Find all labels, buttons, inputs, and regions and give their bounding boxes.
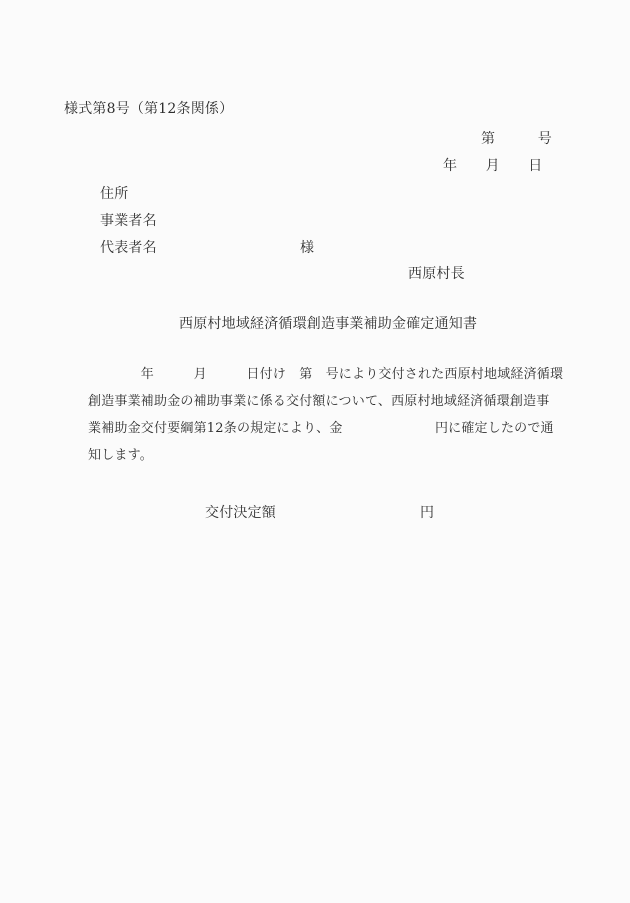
date-placeholder: 年 月 日	[443, 159, 542, 174]
document-page: 様式第8号（第12条関係） 第 号 年 月 日 住所 事業者名 代表者名 様 西…	[0, 0, 630, 903]
address-label: 住所	[100, 187, 128, 202]
document-title: 西原村地域経済循環創造事業補助金確定通知書	[179, 317, 477, 332]
form-number: 様式第8号（第12条関係）	[64, 102, 233, 117]
body-line: 創造事業補助金の補助事業に係る交付額について、西原村地域経済循環創造事	[88, 395, 549, 409]
body-line: 業補助金交付要綱第12条の規定により、金 円に確定したので通	[88, 422, 554, 436]
representative-name-label: 代表者名	[100, 241, 157, 256]
grant-amount-label: 交付決定額	[205, 506, 276, 521]
body-line: 知します。	[88, 449, 153, 463]
sender-mayor-title: 西原村長	[408, 267, 465, 282]
business-name-label: 事業者名	[100, 214, 157, 229]
honorific-sama: 様	[300, 241, 314, 256]
document-number-placeholder: 第 号	[481, 132, 552, 147]
grant-amount-yen-unit: 円	[420, 506, 434, 521]
body-line: 年 月 日付け 第 号により交付された西原村地域経済循環	[88, 368, 563, 382]
